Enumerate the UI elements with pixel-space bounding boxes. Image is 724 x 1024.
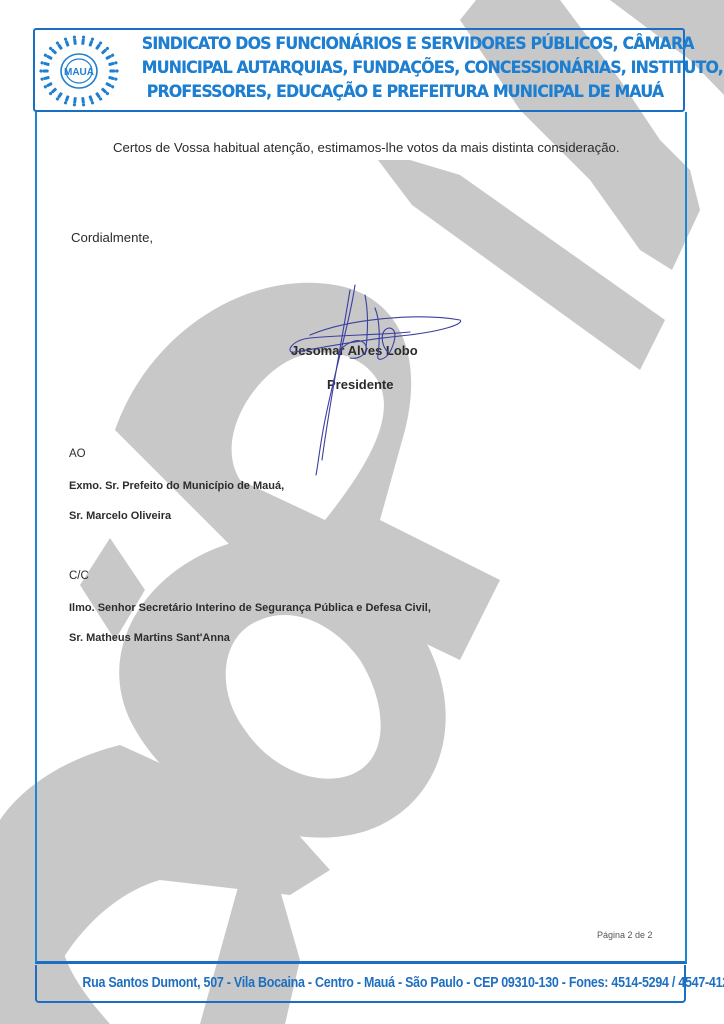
cc-title: Ilmo. Senhor Secretário Interino de Segu… bbox=[69, 602, 431, 614]
recipient-name: Sr. Marcelo Oliveira bbox=[69, 510, 171, 522]
signer-role: Presidente bbox=[327, 377, 393, 392]
letterhead-line-1: SINDICATO DOS FUNCIONÁRIOS E SERVIDORES … bbox=[142, 32, 668, 56]
union-logo-icon: MAUÁ bbox=[36, 32, 122, 110]
svg-text:MAUÁ: MAUÁ bbox=[64, 65, 94, 78]
salutation-closing: Cordialmente, bbox=[71, 230, 153, 245]
page-number: Página 2 de 2 bbox=[597, 930, 653, 940]
footer-address: Rua Santos Dumont, 507 - Vila Bocaina - … bbox=[82, 975, 639, 991]
cc-label: C/C bbox=[69, 570, 89, 582]
cc-name: Sr. Matheus Martins Sant'Anna bbox=[69, 632, 230, 644]
recipient-label: AO bbox=[69, 448, 86, 460]
letterhead-line-2: MUNICIPAL AUTARQUIAS, FUNDAÇÕES, CONCESS… bbox=[142, 56, 668, 80]
letterhead-line-3: PROFESSORES, EDUCAÇÃO E PREFEITURA MUNIC… bbox=[142, 80, 668, 104]
signer-name: Jesomar Alves Lobo bbox=[291, 343, 418, 358]
letterhead-title: SINDICATO DOS FUNCIONÁRIOS E SERVIDORES … bbox=[142, 32, 668, 104]
recipient-title: Exmo. Sr. Prefeito do Município de Mauá, bbox=[69, 480, 284, 492]
closing-paragraph: Certos de Vossa habitual atenção, estima… bbox=[71, 135, 660, 161]
